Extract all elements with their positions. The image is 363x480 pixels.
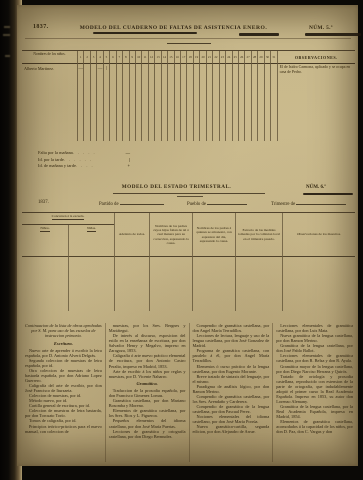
legend-label: Falta por la mañana [38,150,73,157]
book-entry: Nueva gramática de la lengua castellana,… [276,333,353,343]
field-partido: Partido de [99,200,164,207]
legend-label: Id. por la tarde [38,157,64,164]
empty-body-cell [149,257,192,311]
book-entry: Gramática de la lengua castellana, por l… [276,404,353,419]
ink-smudge [93,32,197,34]
attendance-legend: Falta por la mañana. . . . .—Id. por la … [38,150,130,170]
field-pueblo-label: Pueblo de [187,202,206,207]
boys-column-header: Niños. [22,225,68,257]
observation-note: El de Isidro Carmona, aplicado y se ocup… [277,64,355,141]
book-entry: Caligrafía ó arte nuevo práctico element… [109,353,186,368]
book-entry: Elementos de gramática castellana, por l… [109,408,186,418]
header-title: MODELO DEL CUADERNO DE FALTAS DE ASISTEN… [73,25,248,31]
legend-dots: . . . . . [73,150,122,157]
empty-body-cell [22,257,68,311]
legend-item: Id. por la tarde. . . . . .| [38,157,130,164]
book-entry: Elementos ó curso práctico de la lengua … [193,364,270,374]
spine-mark [3,34,10,36]
empty-day-cell [270,73,276,141]
field-year: 1837. [38,200,49,205]
ink-smudge [303,193,353,195]
title-divider-rule [167,43,211,44]
book-entry: De interés al discurso, esposicion del e… [109,333,186,353]
book-entry: Caligrafía del arte de escribir, por don… [25,383,102,393]
parents2-column-header: Nombres de los padres á quienes se amone… [192,213,235,257]
book-entry: Tratado de ortología y prosodia castella… [276,374,353,404]
measures-column-header: Estracto de las medidas tomadas por la c… [235,213,282,257]
book-entry: Lecciones de gramática y ortografía cast… [109,429,186,439]
section-heading: Gramática. [109,381,186,386]
book-entry: Pequeños elementos del idioma castellano… [109,418,186,428]
quarterly-title: MODELO DEL ESTADO TRIMESTRAL. [87,184,266,190]
quarterly-number: NÚM. 6.º [306,185,326,190]
book-list-column: muestras, por los Sres. Bergnes y Mariát… [105,323,189,462]
book-list-column: Compendio de gramática castellana, por d… [189,323,273,462]
legend-label: Id. de mañana y tarde [38,163,76,170]
field-trimestre: Trimestre de [271,200,346,207]
field-pueblo: Pueblo de [187,200,247,207]
scanned-page: 1837. MODELO DEL CUADERNO DE FALTAS DE A… [17,5,358,466]
progress-column-header: Adelanto de todos. [114,213,149,257]
legend-item: Id. de mañana y tarde. . . .+ [38,163,130,170]
book-entry: Compendio de gramática castellana, por l… [193,394,270,404]
book-entry: Principios teórico-prácticos para el nue… [25,424,102,434]
spine-mark [4,26,10,28]
book-entry: Nuevo arte de aprender á escribir la let… [25,348,102,358]
book-entry: Lecciones de lectura, lenguaje y uso de … [193,333,270,348]
book-entry: Lecciones elementales de gramática caste… [276,353,353,363]
legend-symbol: — [122,150,130,157]
empty-body-cell [114,257,149,311]
book-entry: Arte de escribir á los niños por reglas … [109,369,186,379]
book-entry: Elementos de gramática castellana, acomo… [276,419,353,434]
book-entry: Segunda coleccion de muestras de letra e… [25,358,102,368]
book-list: Continuacion de la lista de obras aproba… [22,323,356,462]
attendance-table: Nombres de los niños.1234567891011121314… [22,50,355,141]
quarterly-title-rule [113,193,265,194]
empty-body-cell [235,257,282,311]
book-entry: Gramática mayor de la lengua castellana,… [276,364,353,374]
spine-mark [5,55,10,57]
quarterly-title-divider [177,196,203,197]
parents1-column-header: Nombres de los padres cuyos hijos faltan… [149,213,192,257]
legend-dots: . . . . . . [64,157,122,164]
legend-symbol: + [122,163,130,170]
field-blank-line [207,200,247,205]
empty-body-cell [192,257,235,311]
ink-smudge [305,33,361,36]
empty-body-cell [282,257,355,311]
legend-dots: . . . . [76,163,122,170]
book-entry: Coleccion de muestras de letra bastarda,… [25,408,102,418]
book-entry: Breve tratado de sintaxis del lenguaje, … [193,374,270,384]
book-entry: Nueva gramática-cartilla, segunda edicio… [193,424,270,434]
book-entry: Otra coleccion de muestras de letra bast… [25,368,102,383]
header-number: NÚM. 5.º [309,25,333,31]
book-entry: Lecciones elementales de gramática caste… [276,323,353,333]
header-year: 1837. [33,24,49,30]
legend-item: Falta por la mañana. . . . .— [38,150,130,157]
list-intro: Continuacion de la lista de obras aproba… [25,323,102,338]
field-partido-label: Partido de [99,202,119,207]
header-rule [25,38,351,39]
book-entry: Compendio de gramática de la lengua cast… [193,404,270,414]
book-entry: Paradigma de análisis lógico, por don Ra… [193,384,270,394]
girls-column-header: Niñas. [68,225,114,257]
header-month: ENERO. [243,25,267,31]
book-entry: Compendio de gramática castellana, por d… [193,323,270,333]
book-entry: Traduccion de la prosodia española, por … [109,388,186,398]
attend-column-header: Concurren á la escuela. [22,213,114,225]
field-blank-line [120,200,164,205]
ink-smudge [239,33,279,36]
section-heading: Escritura. [25,341,102,346]
book-entry: Programa de gramática castellana, con pa… [193,348,270,363]
empty-cell [22,73,77,141]
book-entry: muestras, por los Sres. Bergnes y Mariát… [109,323,186,333]
book-entry: Gramática de la lengua castellana, por d… [276,343,353,353]
legend-symbol: | [122,157,130,164]
book-list-column: Continuacion de la lista de obras aproba… [22,323,105,462]
quarterly-table: Concurren á la escuela. Niños. Niñas. Ad… [22,212,355,311]
field-trimestre-label: Trimestre de [271,202,295,207]
observations-header: OBSERVACIONES. [277,51,355,64]
observations-column-header: Observaciones de los maestros. [282,213,355,257]
photo-background: 1837. MODELO DEL CUADERNO DE FALTAS DE A… [0,0,363,480]
book-entry: Gramática castellana, por don Mariano Bo… [109,398,186,408]
quarterly-fields: 1837. Partido de Pueblo de Trimestre de [17,200,358,210]
book-entry: Nociones elementales del idioma castella… [193,414,270,424]
names-column-header: Nombres de los niños. [22,51,77,64]
field-blank-line [296,200,346,205]
book-list-column: Lecciones elementales de gramática caste… [272,323,356,462]
empty-body-cell [68,257,114,311]
student-name: Alberto Martinez. [22,64,77,73]
